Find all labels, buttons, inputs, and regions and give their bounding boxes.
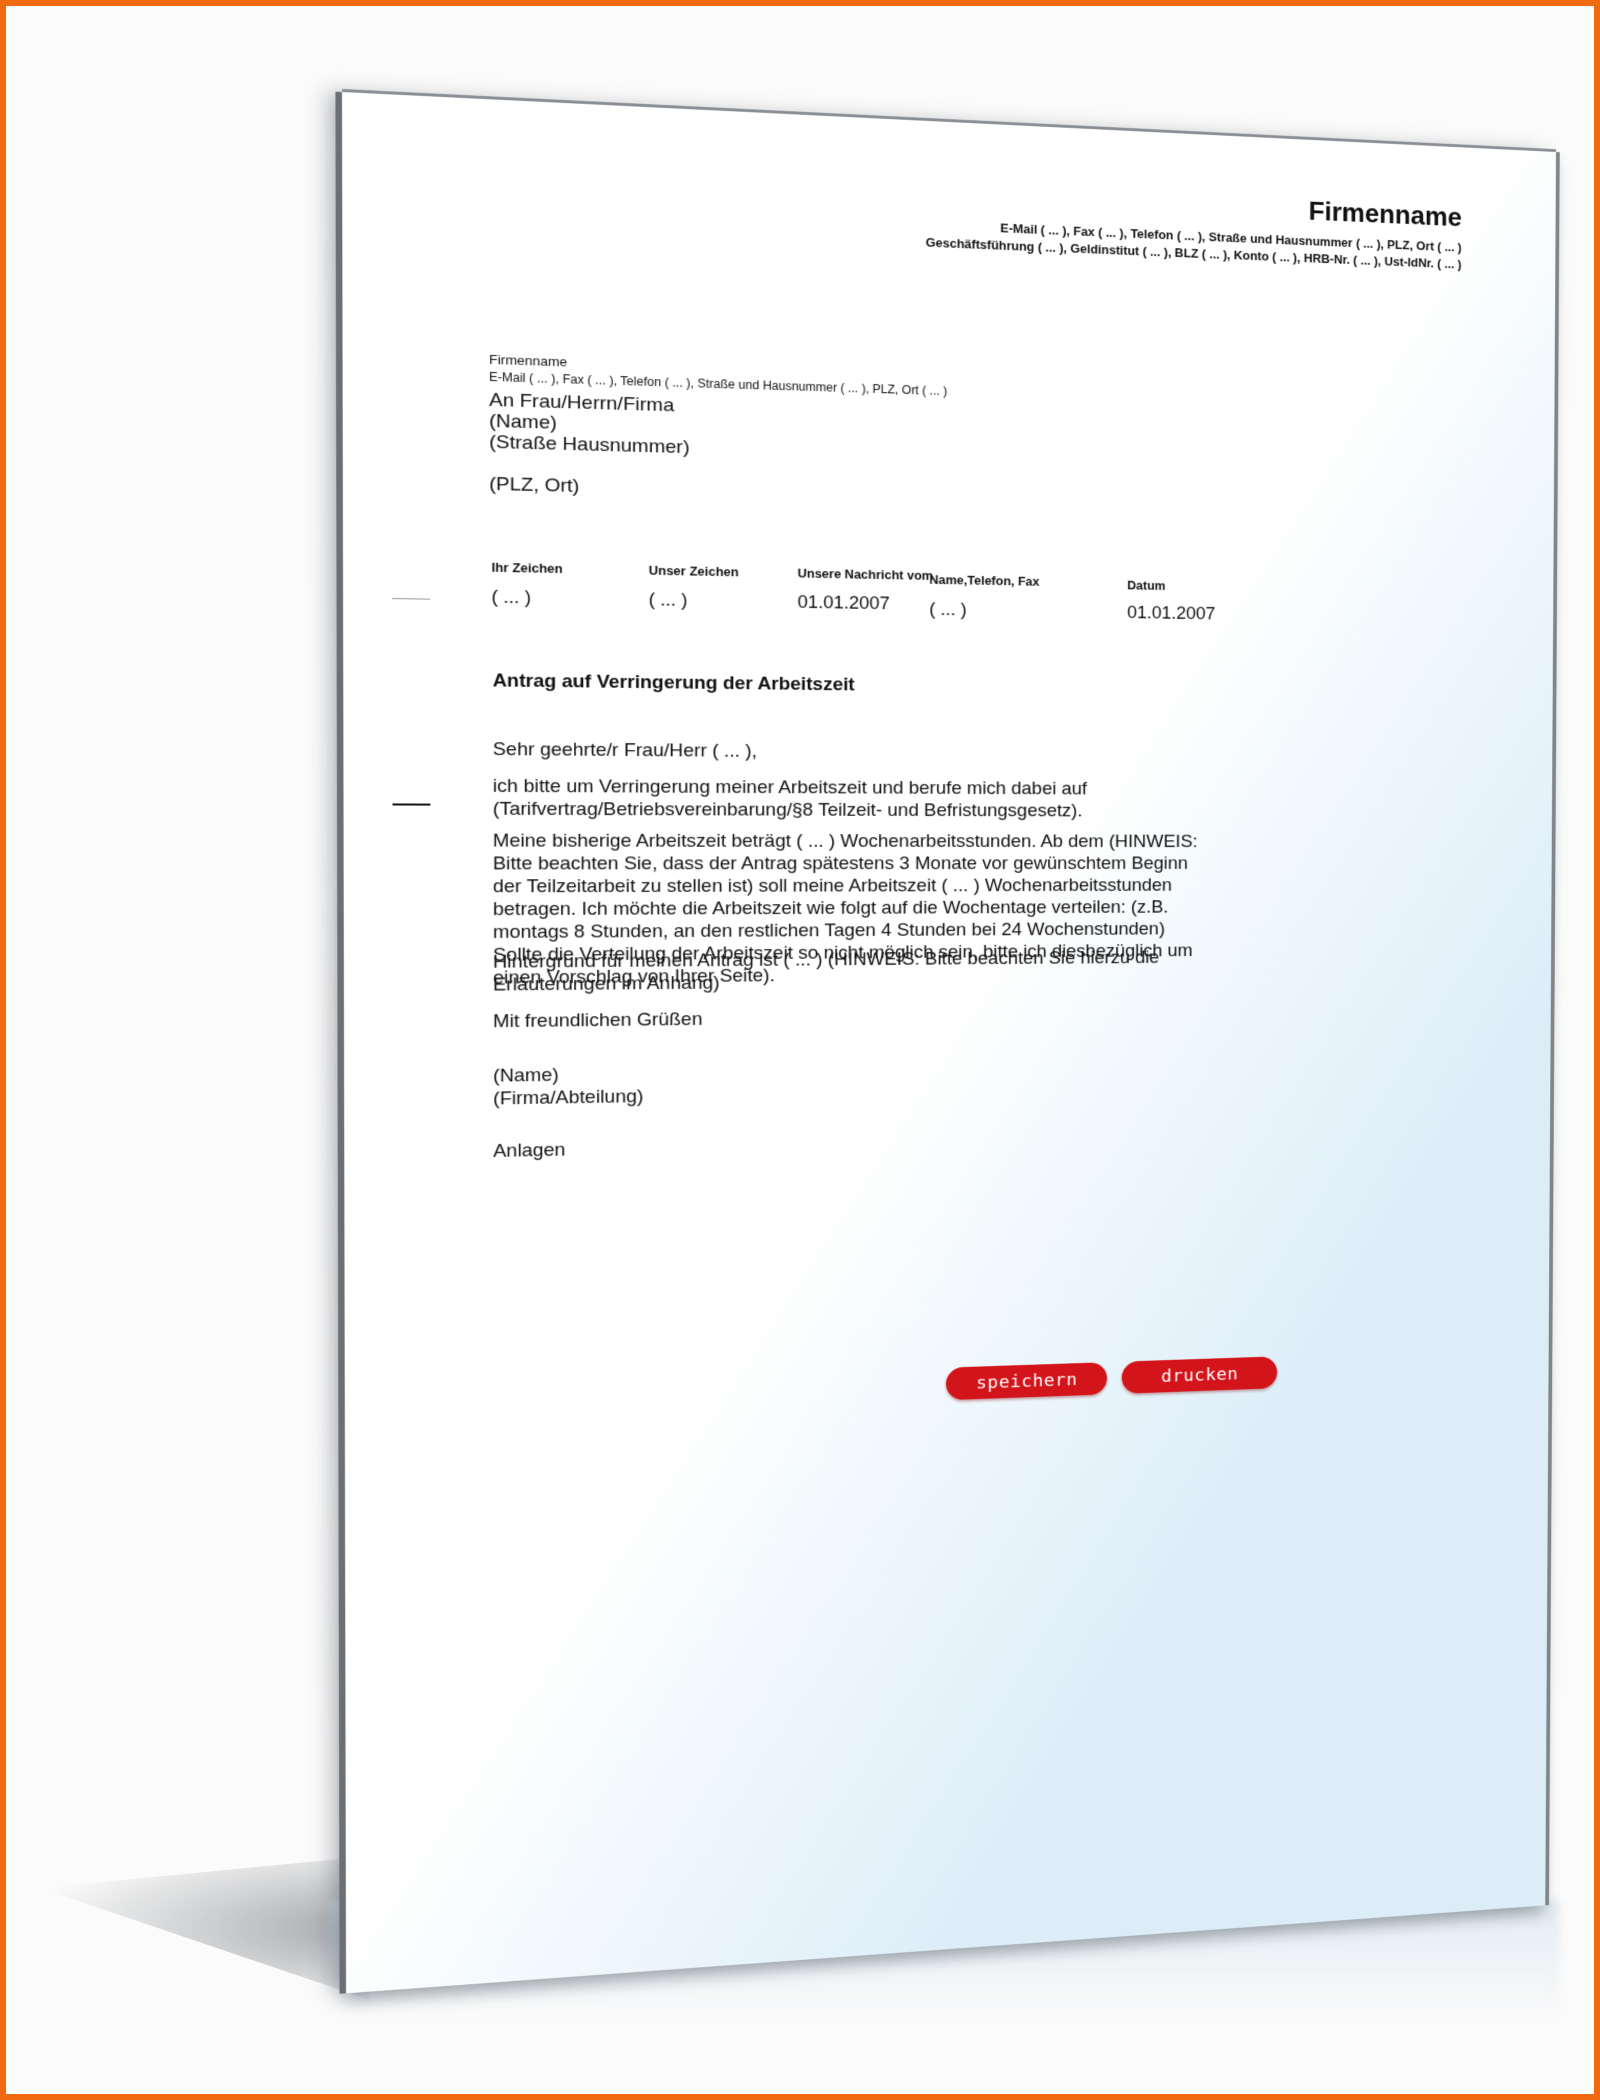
- letterhead-company-name: Firmenname: [1308, 197, 1461, 233]
- print-button[interactable]: drucken: [1122, 1356, 1277, 1393]
- recipient-name: (Name): [489, 411, 557, 434]
- letter-paragraph-1: ich bitte um Verringerung meiner Arbeits…: [493, 774, 1208, 821]
- ref-label-datum: Datum: [1127, 579, 1165, 593]
- ref-value-nachricht-vom: 01.01.2007: [798, 592, 890, 614]
- document-page: Firmenname E-Mail ( ... ), Fax ( ... ), …: [342, 92, 1556, 1993]
- ref-label-unser-zeichen: Unser Zeichen: [649, 564, 739, 579]
- letter-subject: Antrag auf Verringerung der Arbeitszeit: [493, 669, 855, 695]
- ref-value-kontakt: ( ... ): [929, 599, 966, 620]
- letter-signature-block: (Name) (Firma/Abteilung): [493, 1054, 1207, 1109]
- recipient-city: (PLZ, Ort): [489, 474, 579, 497]
- save-button[interactable]: speichern: [946, 1362, 1107, 1400]
- letter-attachments: Anlagen: [493, 1126, 1206, 1162]
- letter-paragraph-3: Hintergrund für meinen Antrag ist ( ... …: [493, 946, 1188, 996]
- ref-value-ihr-zeichen: ( ... ): [491, 587, 531, 609]
- ref-value-datum: 01.01.2007: [1127, 603, 1215, 624]
- letter-closing: Mit freundlichen Grüßen: [493, 1002, 1207, 1032]
- ref-label-ihr-zeichen: Ihr Zeichen: [491, 561, 562, 576]
- letter-salutation: Sehr geehrte/r Frau/Herr ( ... ),: [493, 737, 1208, 764]
- page-floor-shadow: [40, 1840, 370, 2000]
- recipient-street: (Straße Hausnummer): [489, 432, 689, 458]
- punch-mark: [393, 803, 431, 805]
- page-edge: [1545, 152, 1559, 1905]
- sender-name: Firmenname: [489, 352, 567, 370]
- fold-mark: [392, 598, 430, 600]
- ref-label-nachricht-vom: Unsere Nachricht vom: [798, 567, 934, 583]
- ref-value-unser-zeichen: ( ... ): [649, 589, 688, 610]
- ref-label-kontakt: Name,Telefon, Fax: [929, 573, 1039, 589]
